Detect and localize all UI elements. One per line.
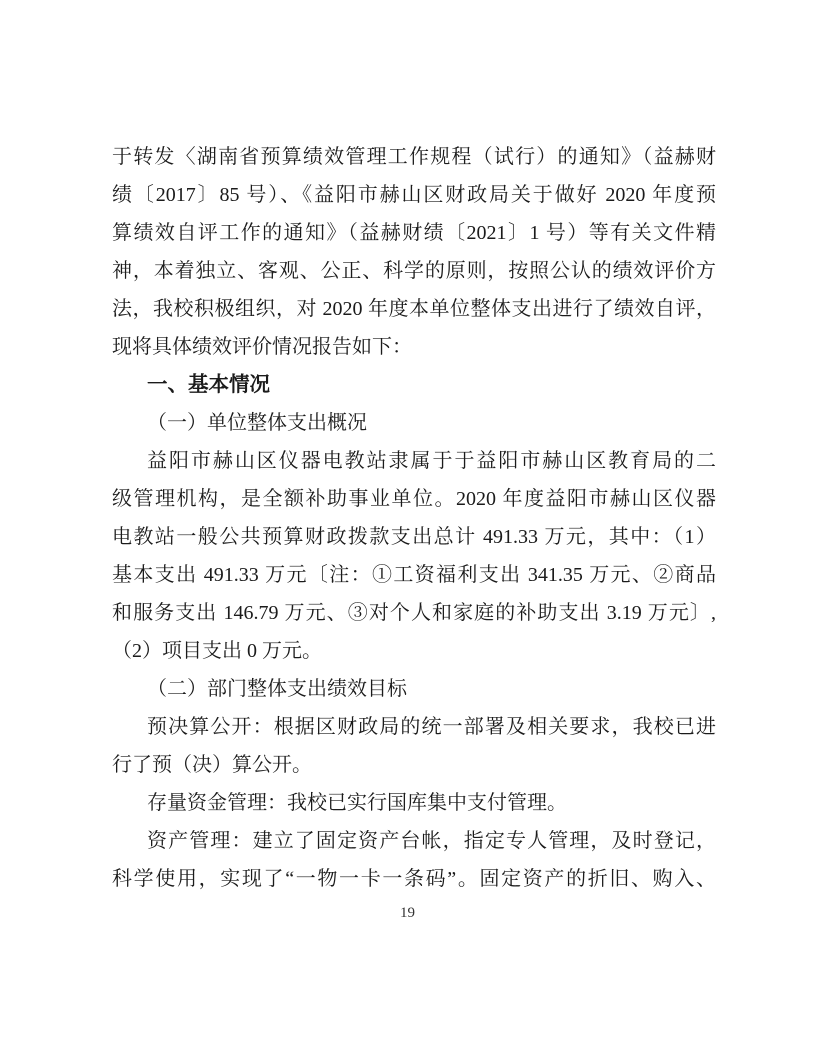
page-body-text: 于转发〈湖南省预算绩效管理工作规程（试行）的通知》（益赫财 绩〔2017〕85 … (112, 138, 716, 898)
body-line: （2）项目支出 0 万元。 (112, 632, 716, 670)
body-line: 行了预（决）算公开。 (112, 746, 716, 784)
document-page: 于转发〈湖南省预算绩效管理工作规程（试行）的通知》（益赫财 绩〔2017〕85 … (0, 0, 815, 1055)
body-line: 预决算公开：根据区财政局的统一部署及相关要求，我校已进 (112, 708, 716, 746)
body-line: 绩〔2017〕85 号）、《益阳市赫山区财政局关于做好 2020 年度预 (112, 176, 716, 214)
body-line: 和服务支出 146.79 万元、③对个人和家庭的补助支出 3.19 万元〕, (112, 594, 716, 632)
subsection-heading-1: （一）单位整体支出概况 (112, 404, 716, 442)
section-heading: 一、基本情况 (112, 366, 716, 404)
body-line: 算绩效自评工作的通知》（益赫财绩〔2021〕1 号）等有关文件精 (112, 214, 716, 252)
body-line: 基本支出 491.33 万元〔注：①工资福利支出 341.35 万元、②商品 (112, 556, 716, 594)
body-line: 存量资金管理：我校已实行国库集中支付管理。 (112, 784, 716, 822)
body-line: 电教站一般公共预算财政拨款支出总计 491.33 万元，其中：（1） (112, 518, 716, 556)
body-line: 资产管理：建立了固定资产台帐，指定专人管理，及时登记， (112, 822, 716, 860)
body-line: 于转发〈湖南省预算绩效管理工作规程（试行）的通知》（益赫财 (112, 138, 716, 176)
body-line: 益阳市赫山区仪器电教站隶属于于益阳市赫山区教育局的二 (112, 442, 716, 480)
body-line: 神，本着独立、客观、公正、科学的原则，按照公认的绩效评价方 (112, 252, 716, 290)
body-line: 法，我校积极组织，对 2020 年度本单位整体支出进行了绩效自评， (112, 290, 716, 328)
body-line: 科学使用，实现了“一物一卡一条码”。固定资产的折旧、购入、 (112, 860, 716, 898)
body-line: 现将具体绩效评价情况报告如下： (112, 328, 716, 366)
page-number: 19 (0, 903, 815, 923)
subsection-heading-2: （二）部门整体支出绩效目标 (112, 670, 716, 708)
body-line: 级管理机构，是全额补助事业单位。2020 年度益阳市赫山区仪器 (112, 480, 716, 518)
